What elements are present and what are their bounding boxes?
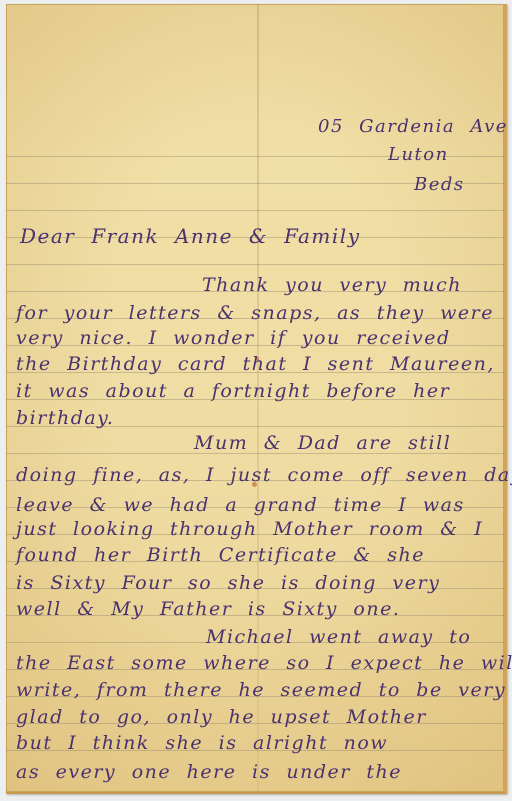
body-line: just looking through Mother room & I: [16, 518, 483, 540]
salutation: Dear Frank Anne & Family: [20, 224, 361, 248]
body-line: Michael went away to: [206, 626, 471, 648]
body-line: very nice. I wonder if you received: [16, 327, 451, 349]
body-line: the Birthday card that I sent Maureen,: [16, 353, 495, 375]
body-line: the East some where so I expect he will: [16, 652, 512, 674]
address-street: 05 Gardenia Ave: [318, 116, 508, 137]
body-line: but I think she is alright now: [16, 732, 388, 754]
body-line: glad to go, only he upset Mother: [16, 706, 427, 728]
body-line: doing fine, as, I just come off seven da…: [16, 464, 512, 486]
body-line: Mum & Dad are still: [194, 432, 451, 454]
body-line: Thank you very much: [202, 274, 462, 296]
address-town: Luton: [388, 144, 449, 165]
body-line: for your letters & snaps, as they were: [16, 302, 494, 324]
body-line: birthday.: [16, 407, 114, 429]
body-line: it was about a fortnight before her: [16, 380, 450, 402]
address-county: Beds: [414, 174, 465, 195]
body-line: well & My Father is Sixty one.: [16, 598, 400, 620]
body-line: as every one here is under the: [16, 761, 402, 783]
body-line: leave & we had a grand time I was: [16, 494, 465, 516]
body-line: write, from there he seemed to be very: [16, 679, 506, 701]
body-line: is Sixty Four so she is doing very: [16, 572, 440, 594]
body-line: found her Birth Certificate & she: [16, 544, 425, 566]
letter-page: 05 Gardenia Ave Luton Beds Dear Frank An…: [6, 4, 507, 794]
